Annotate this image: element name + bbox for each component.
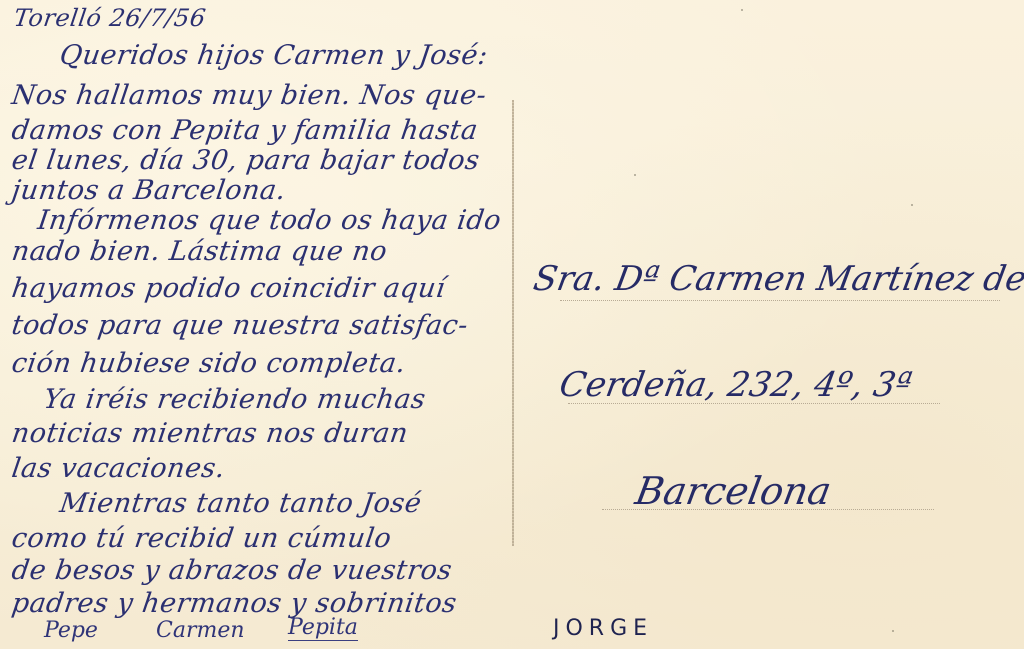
message-line: padres y hermanos y sobrinitos <box>10 590 458 617</box>
message-line: Mientras tanto tanto José <box>58 490 423 517</box>
paper-speck <box>634 174 636 176</box>
paper-speck <box>892 630 894 632</box>
postcard: Torelló 26/7/56 Queridos hijos Carmen y … <box>0 0 1024 649</box>
message-line: el lunes, día 30, para bajar todos <box>10 147 481 174</box>
message-line: juntos a Barcelona. <box>10 177 288 204</box>
message-line: como tú recibid un cúmulo <box>10 525 393 552</box>
message-line: Queridos hijos Carmen y José: <box>58 42 489 69</box>
message-line: hayamos podido coincidir aquí <box>10 275 447 302</box>
address-guide-line <box>560 300 1000 301</box>
paper-speck <box>741 9 743 11</box>
signature-carmen: Carmen <box>156 620 245 642</box>
message-line: las vacaciones. <box>10 455 227 482</box>
signature-pepita: Pepita <box>288 617 358 641</box>
center-divider-line <box>512 100 514 546</box>
signature-pepe: Pepe <box>44 620 98 642</box>
recipient-name: Sra. Dª Carmen Martínez de Pi <box>531 262 1024 296</box>
address-guide-line <box>568 403 940 404</box>
message-line: de besos y abrazos de vuestros <box>10 557 454 584</box>
message-line: Infórmenos que todo os haya ido <box>36 207 503 234</box>
message-line: Ya iréis recibiendo muchas <box>42 386 427 413</box>
message-line: ción hubiese sido completa. <box>10 350 407 377</box>
dateline: Torelló 26/7/56 <box>12 6 207 30</box>
recipient-street: Cerdeña, 232, 4º, 3ª <box>557 368 915 402</box>
message-line: Nos hallamos muy bien. Nos que- <box>10 82 488 109</box>
message-line: nado bien. Lástima que no <box>10 238 389 265</box>
message-line: damos con Pepita y familia hasta <box>10 117 480 144</box>
message-line: noticias mientras nos duran <box>10 420 410 447</box>
recipient-city: Barcelona <box>633 472 834 510</box>
message-line: todos para que nuestra satisfac- <box>10 312 470 339</box>
paper-speck <box>911 204 913 206</box>
signature-jorge: JORGE <box>553 618 653 640</box>
address-guide-line <box>602 509 934 510</box>
